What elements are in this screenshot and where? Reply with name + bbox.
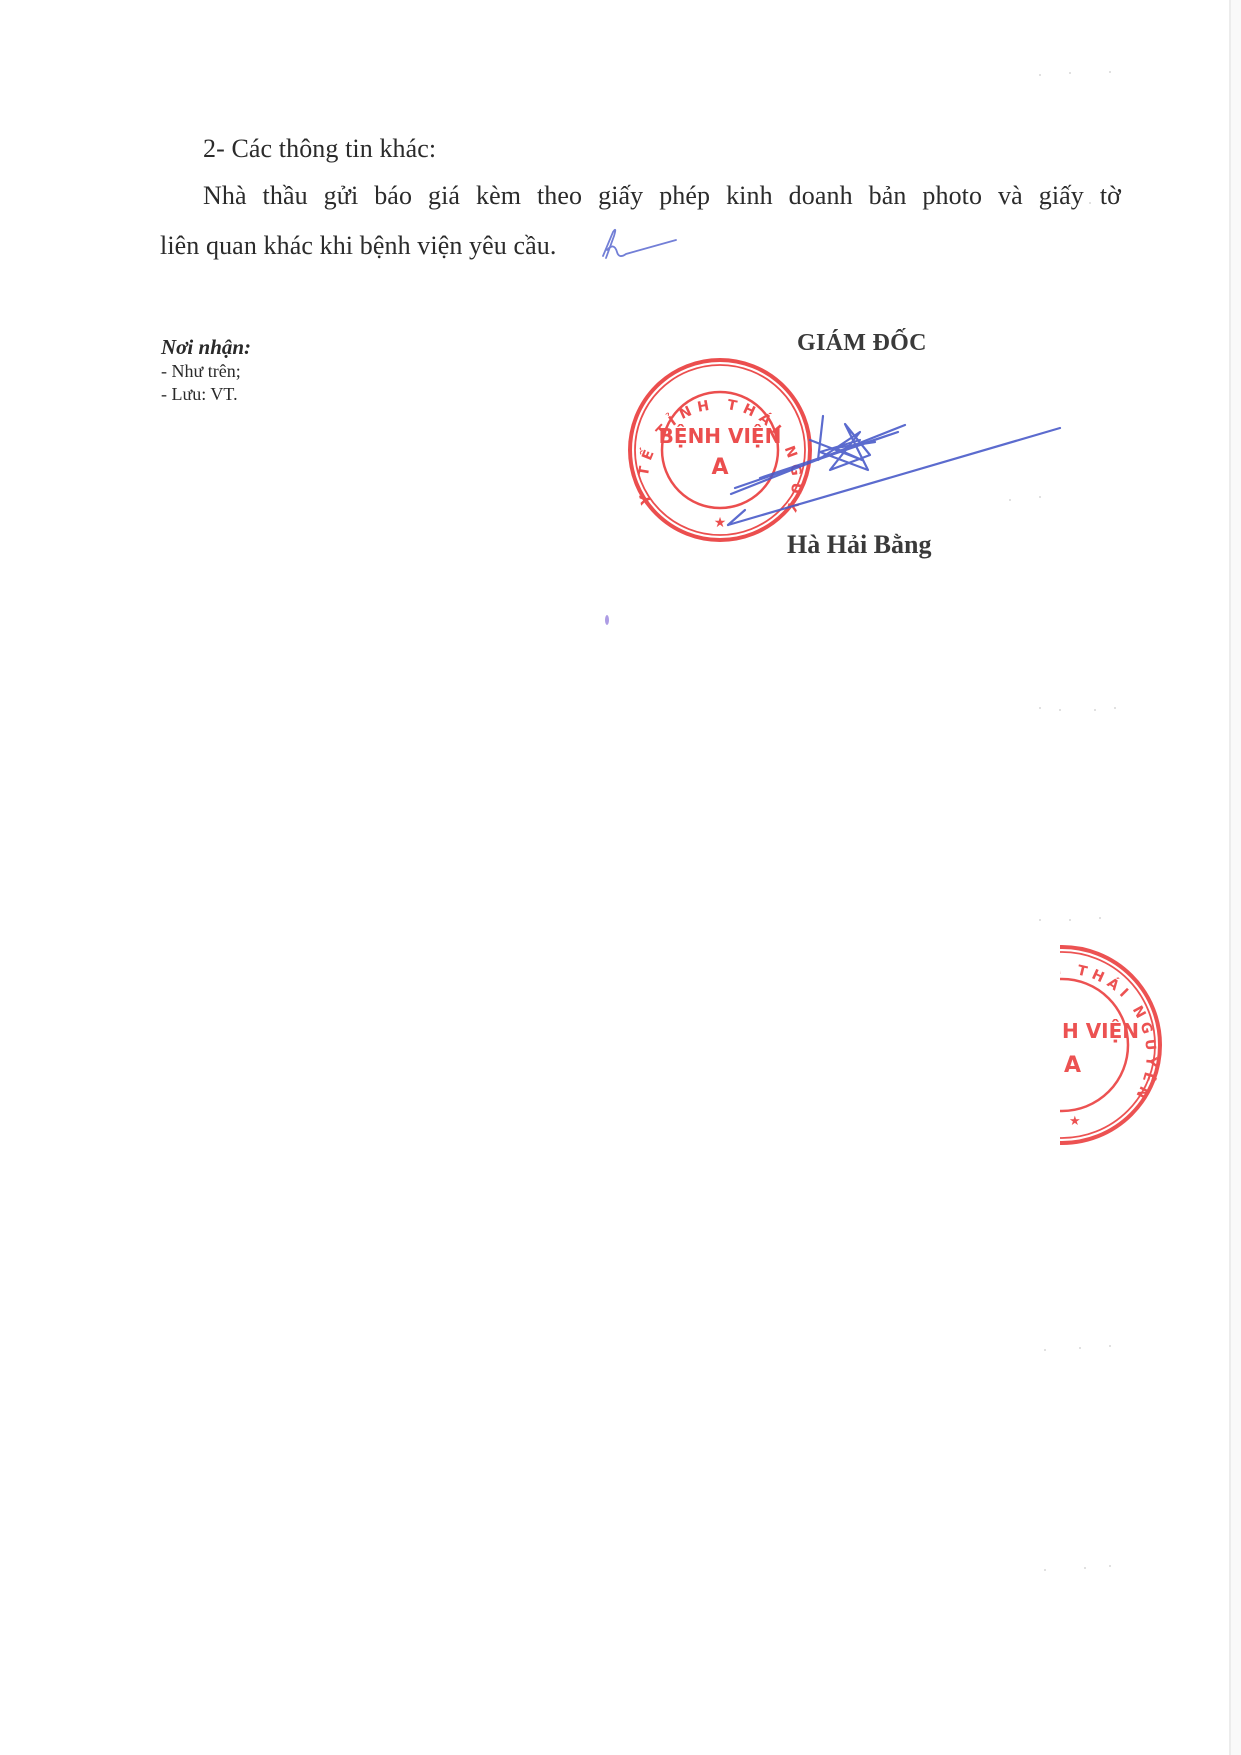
section-heading: 2- Các thông tin khác: (203, 134, 436, 164)
paragraph-line-2: liên quan khác khi bệnh viện yêu cầu. (160, 231, 556, 261)
recipient-item: - Lưu: VT. (161, 383, 251, 406)
stamp-center-line-2: A (711, 455, 728, 480)
svg-text:★: ★ (1069, 1114, 1081, 1129)
partial-stamp-line-1: H VIỆN (1062, 1019, 1139, 1043)
svg-text:★: ★ (714, 515, 727, 531)
partial-stamp-icon: H THÁI NGUYÊN H VIỆN A ★ (964, 947, 1160, 1143)
scan-edge-strip (1231, 0, 1241, 1755)
svg-text:H THÁI NGUYÊN: H THÁI NGUYÊN (1049, 961, 1159, 1105)
recipients-title: Nơi nhận: (161, 334, 251, 360)
stamps-and-signature-layer: SỞ Y TẾ TỈNH THÁI NGUYÊN BỆNH VIỆN A ★ (0, 0, 1241, 1755)
paragraph-line-1: Nhà thầu gửi báo giá kèm theo giấy phép … (203, 181, 1121, 211)
stamp-center-line-1: BỆNH VIỆN (659, 424, 782, 448)
partial-stamp-line-2: A (1064, 1053, 1081, 1078)
recipients-block: Nơi nhận: - Như trên; - Lưu: VT. (161, 334, 251, 406)
ink-dot-icon (605, 615, 609, 625)
signer-name: Hà Hải Bằng (787, 530, 931, 560)
recipient-item: - Như trên; (161, 360, 251, 383)
initial-mark-icon (603, 230, 676, 258)
signature-scribble-icon (728, 416, 1060, 525)
document-page: 2- Các thông tin khác: Nhà thầu gửi báo … (0, 0, 1241, 1755)
official-stamp-icon: SỞ Y TẾ TỈNH THÁI NGUYÊN BỆNH VIỆN A ★ (0, 0, 810, 540)
scan-noise (1009, 71, 1116, 1571)
scan-edge-line (1229, 0, 1231, 1755)
signature-position-title: GIÁM ĐỐC (797, 330, 927, 357)
